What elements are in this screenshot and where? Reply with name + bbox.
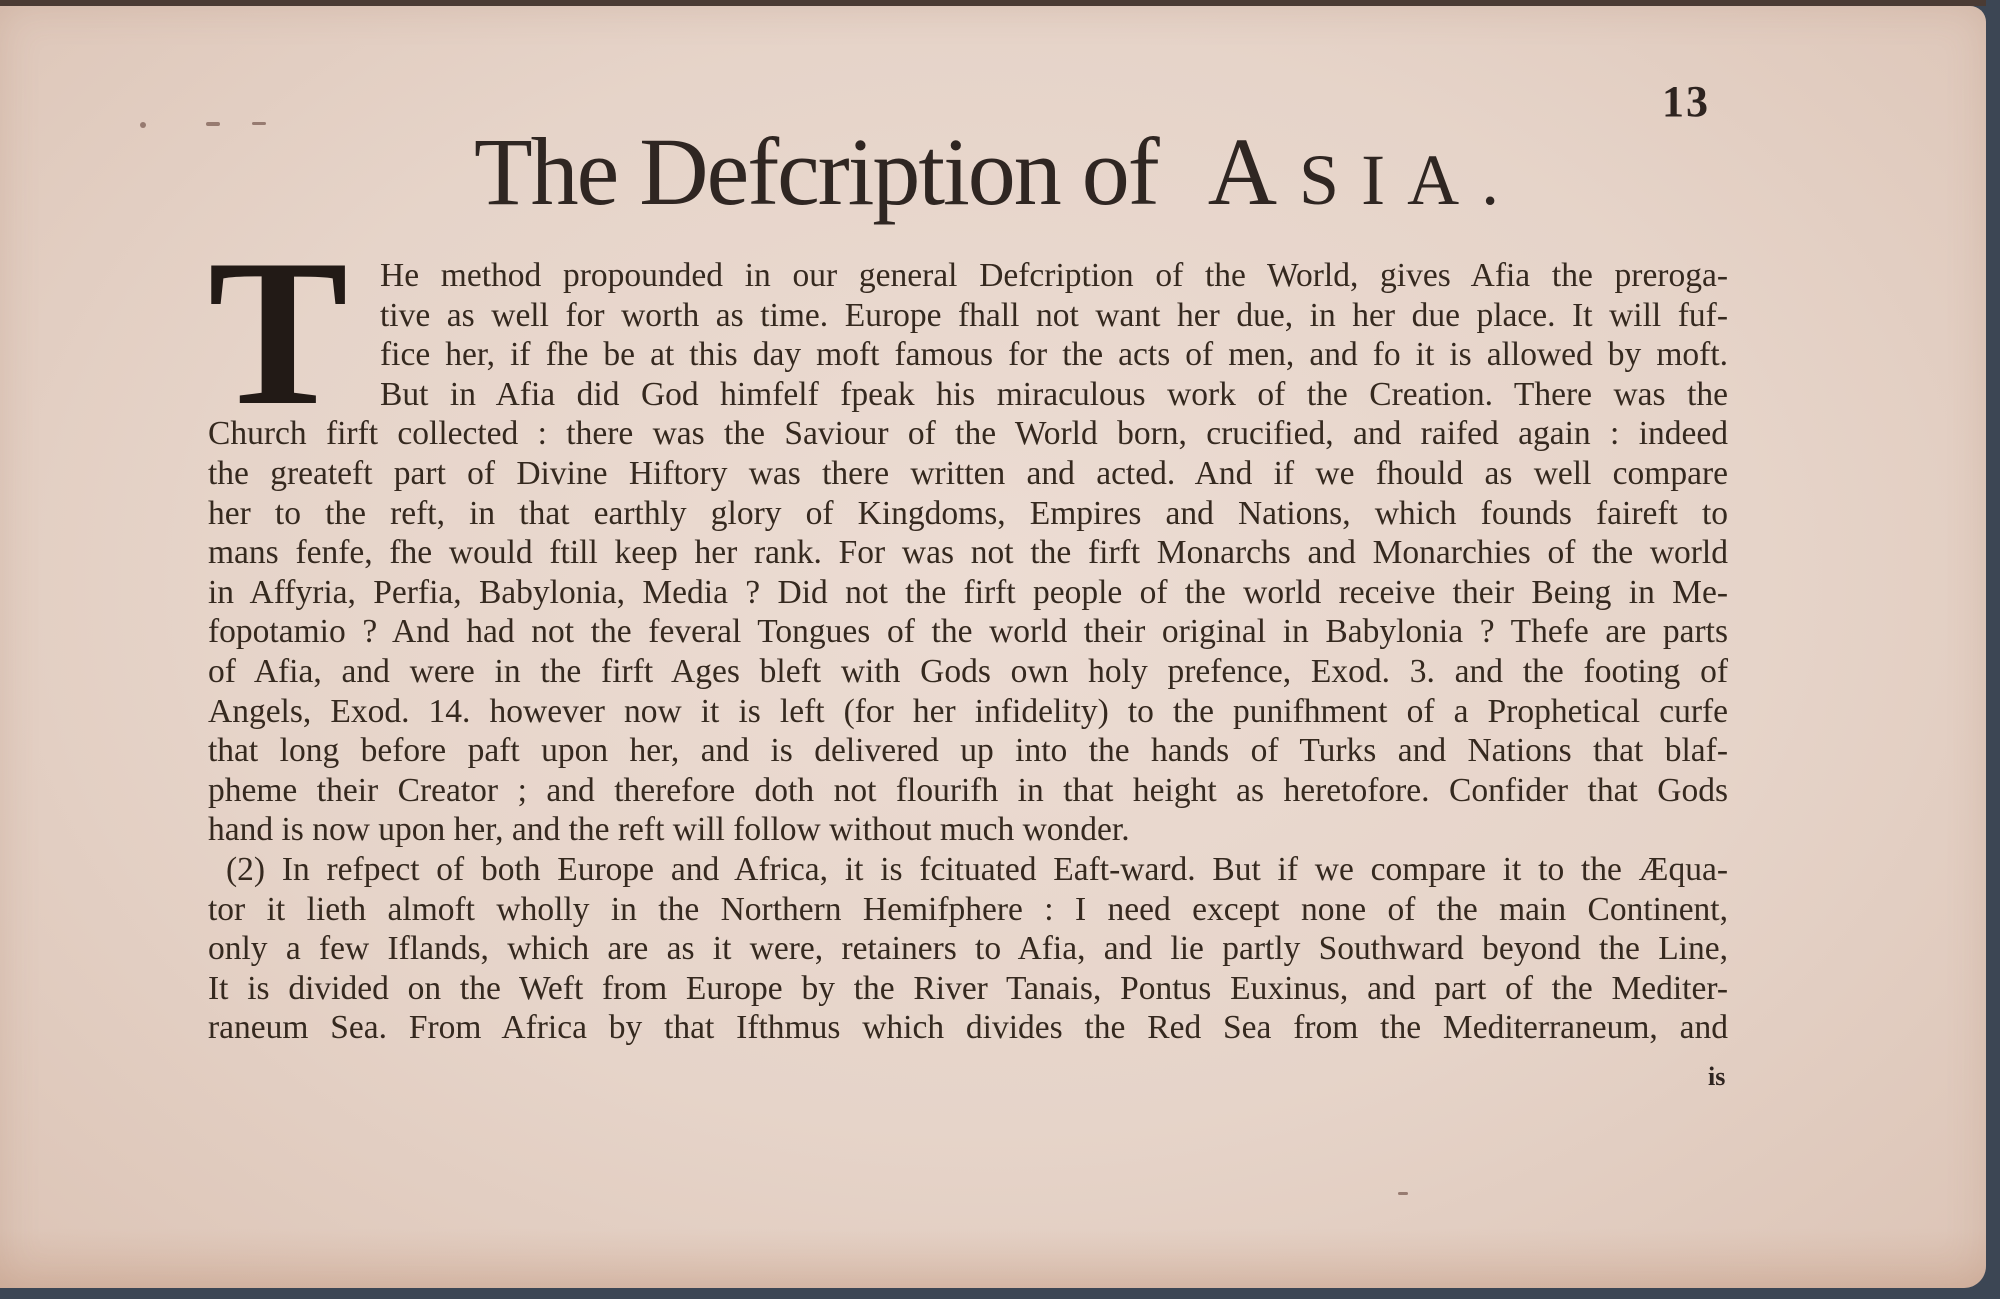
text-line: the greateft part of Divine Hiftory was … <box>208 454 1728 494</box>
text-line: fice her, if fhe be at this day moft fam… <box>208 335 1728 375</box>
page-title: The Defcription of ASIA. <box>474 124 1521 220</box>
text-line: raneum Sea. From Africa by that Ifthmus … <box>208 1008 1728 1048</box>
text-line: Church firft collected : there was the S… <box>208 414 1728 454</box>
body-text: He method propounded in our general Defc… <box>208 256 1728 1048</box>
text-line: hand is now upon her, and the reft will … <box>208 810 1728 850</box>
page-number: 13 <box>1662 76 1710 127</box>
text-line: tive as well for worth as time. Europe f… <box>208 296 1728 336</box>
ink-spot <box>252 122 266 125</box>
catchword: is <box>1708 1062 1725 1092</box>
ink-spot <box>1398 1192 1408 1195</box>
text-line: But in Afia did God himfelf fpeak his mi… <box>208 375 1728 415</box>
text-line: tor it lieth almoft wholly in the Northe… <box>208 890 1728 930</box>
scanned-page-scene: 13 The Defcription of ASIA. T He method … <box>0 0 2000 1299</box>
text-line: that long before paft upon her, and is d… <box>208 731 1728 771</box>
text-line: It is divided on the Weft from Europe by… <box>208 969 1728 1009</box>
ink-spot <box>140 122 146 128</box>
text-line: fopotamio ? And had not the feveral Tong… <box>208 612 1728 652</box>
text-line: only a few Iflands, which are as it were… <box>208 929 1728 969</box>
ink-spot <box>206 122 220 126</box>
text-line: He method propounded in our general Defc… <box>208 256 1728 296</box>
title-main: The Defcription of <box>474 118 1180 225</box>
text-line: her to the reft, in that earthly glory o… <box>208 494 1728 534</box>
title-asia: ASIA. <box>1208 140 1521 220</box>
text-line: pheme their Creator ; and therefore doth… <box>208 771 1728 811</box>
text-line: (2) In refpect of both Europe and Africa… <box>208 850 1728 890</box>
text-line: mans fenfe, fhe would ftill keep her ran… <box>208 533 1728 573</box>
book-page: 13 The Defcription of ASIA. T He method … <box>0 6 1986 1288</box>
text-line: of Afia, and were in the firft Ages blef… <box>208 652 1728 692</box>
text-line: Angels, Exod. 14. however now it is left… <box>208 692 1728 732</box>
text-line: in Affyria, Perfia, Babylonia, Media ? D… <box>208 573 1728 613</box>
